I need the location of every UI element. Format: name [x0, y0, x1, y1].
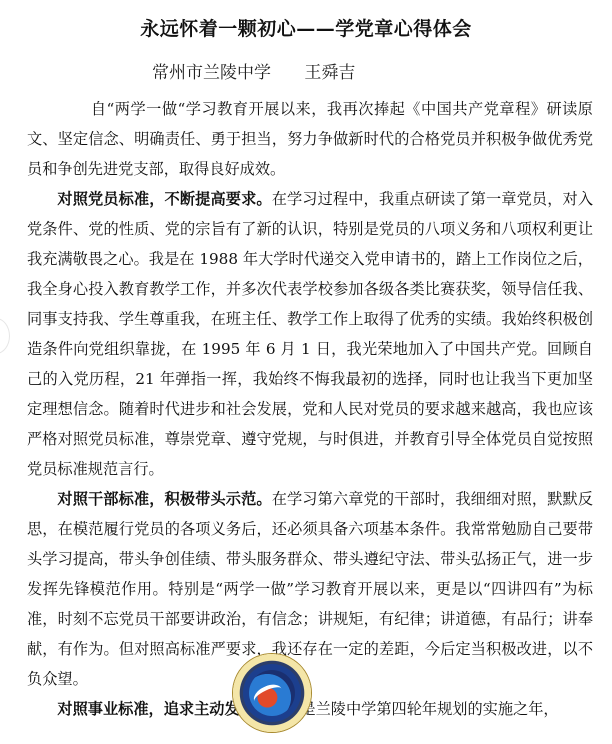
author-name: 王舜吉 — [304, 63, 355, 83]
paragraph-text: 自“两学一做“学习教育开展以来，我再次捧起《中国共产党章程》研读原文、坚定信念、… — [27, 100, 593, 178]
ghost-circle — [0, 318, 10, 354]
paragraph-text: 在学习第六章党的干部时，我细细对照，默默反思，在模范履行党员的各项义务后，还必须… — [27, 490, 593, 688]
paragraph-intro: 自“两学一做“学习教育开展以来，我再次捧起《中国共产党章程》研读原文、坚定信念、… — [27, 94, 593, 184]
paragraph-party-member-standard: 对照党员标准，不断提高要求。在学习过程中，我重点研读了第一章党员，对入党条件、党… — [27, 184, 593, 484]
school-name: 常州市兰陵中学 — [152, 63, 271, 83]
paragraph-cadre-standard: 对照干部标准，积极带头示范。在学习第六章党的干部时，我细细对照，默默反思，在模范… — [27, 484, 593, 694]
paragraph-text: 在学习过程中，我重点研读了第一章党员，对入党条件、党的性质、党的宗旨有了新的认识… — [27, 190, 593, 478]
document-title: 永远怀着一颗初心——学党章心得体会 — [0, 14, 612, 41]
document-body: 自“两学一做“学习教育开展以来，我再次捧起《中国共产党章程》研读原文、坚定信念、… — [27, 94, 593, 724]
school-emblem-logo — [233, 654, 311, 732]
byline: 常州市兰陵中学 王舜吉 — [152, 58, 355, 83]
paragraph-lead: 对照党员标准，不断提高要求。 — [57, 190, 271, 208]
paragraph-text: 今年是兰陵中学第四轮年规划的实施之年， — [270, 700, 559, 718]
paragraph-lead: 对照干部标准，积极带头示范。 — [57, 490, 271, 508]
